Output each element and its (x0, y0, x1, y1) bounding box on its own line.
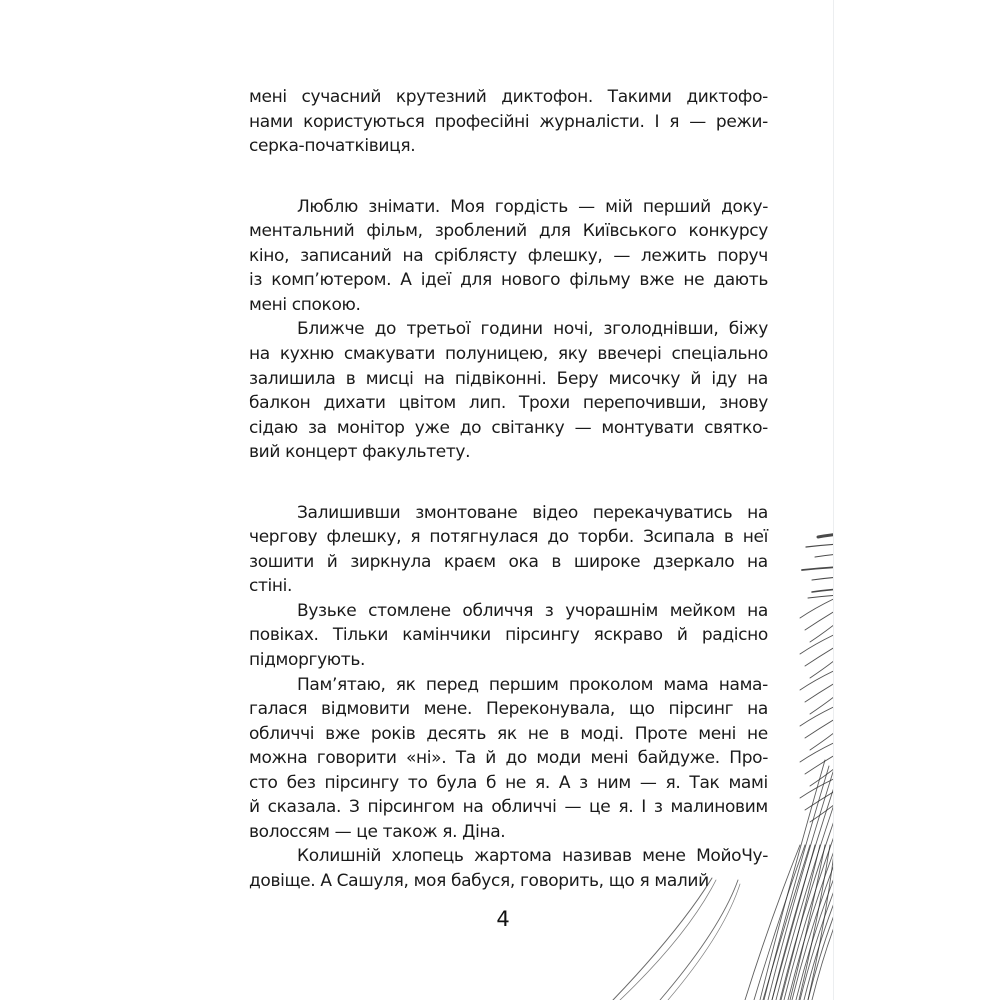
text-line: довіще.АСашуля,моябабуся,говорить,щоямал… (249, 869, 768, 893)
text-line: Люблюзнімати.Моягордість—мійпершийдоку- (249, 195, 768, 219)
text-line: накухнюсмакуватиполуницею,якуввечеріспец… (249, 342, 768, 366)
text-line: меніспокою. (249, 293, 768, 317)
text-line: залишилавмисцінапідвіконні.Берумисочкуйі… (249, 367, 768, 391)
text-line: зошитийзиркнулакраємокавширокедзеркалона (249, 550, 768, 574)
text-line: черговуфлешку,япотягнуласядоторби.Зсипал… (249, 525, 768, 549)
text-line: серка-початківиця. (249, 134, 768, 158)
text-line: стобезпірсингутобулабнея.Азним—я.Такмамі (249, 771, 768, 795)
text-line: менісучаснийкрутезнийдиктофон.Такимидикт… (249, 85, 768, 109)
text-line: Вузькестомленеобличчязучорашніммейкомна (249, 599, 768, 623)
text-line: волоссям—цетакожя.Діна. (249, 820, 768, 844)
text-line: сідаюзамоніторужедосвітанку—монтуватисвя… (249, 416, 768, 440)
text-line: галасявідмовитимене.Переконувала,щопірси… (249, 697, 768, 721)
text-line: вийконцертфакультету. (249, 440, 768, 464)
book-page: менісучаснийкрутезнийдиктофон.Такимидикт… (0, 0, 834, 1000)
text-line: Пам’ятаю,якпередпершимпроколоммаманама- (249, 673, 768, 697)
text-line: ізкомп’ютером.Аідеїдляновогофільмувженед… (249, 268, 768, 292)
text-line: ментальнийфільм,зробленийдляКиївськогоко… (249, 219, 768, 243)
text-line: КолишнійхлопецьжартоманазивавменеМойоЧу- (249, 844, 768, 868)
page-number: 4 (493, 905, 513, 933)
text-line: стіні. (249, 574, 768, 598)
text-line: Залишившизмонтованевідеоперекачуватисьна (249, 501, 768, 525)
text-line: балкондихатицвітомлип.Трохиперепочивши,з… (249, 391, 768, 415)
text-line: Ближчедотретьоїгодининочі,зголоднівши,бі… (249, 317, 768, 341)
text-line: обличчівжероківдесятьякневмоді.Протемені… (249, 722, 768, 746)
text-line: повіках.Тількикамінчикипірсингуяскравойр… (249, 623, 768, 647)
text-line: кіно,записанийнасріблястуфлешку,—лежитьп… (249, 244, 768, 268)
text-line: йсказала.Зпірсингомнаобличчі—цея.Ізмалин… (249, 795, 768, 819)
text-line: підморгують. (249, 648, 768, 672)
text-line: можнаговорити«ні».Тайдомодименібайдуже.П… (249, 746, 768, 770)
text-line: намикористуютьсяпрофесійніжурналісти.Ія—… (249, 110, 768, 134)
